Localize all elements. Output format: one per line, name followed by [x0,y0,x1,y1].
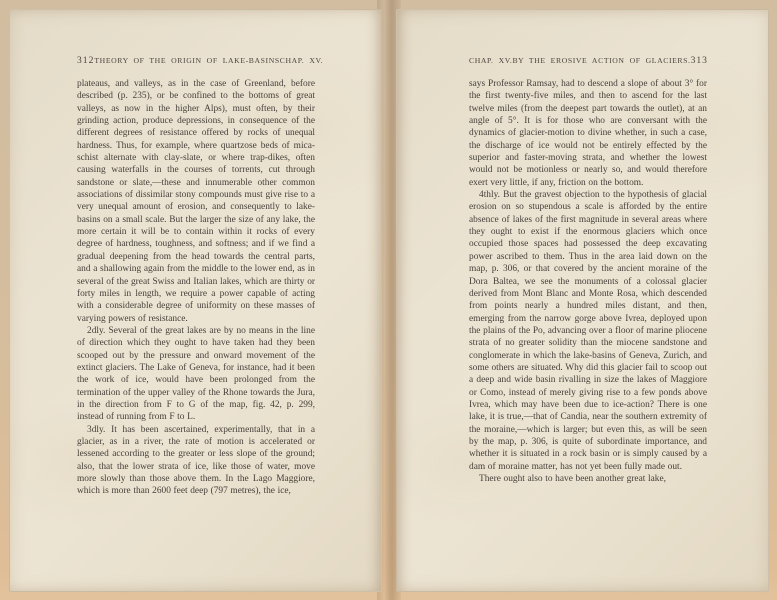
running-head-left: 312 THEORY OF THE ORIGIN OF LAKE-BASINS … [77,55,315,66]
page-number-right: 313 [691,55,708,66]
paragraph: 4thly. But the gravest objection to the … [469,189,707,473]
running-title-left: THEORY OF THE ORIGIN OF LAKE-BASINS [94,56,279,65]
page-left-content: 312 THEORY OF THE ORIGIN OF LAKE-BASINS … [77,55,315,498]
paragraph: 3dly. It has been ascertained, experimen… [77,424,315,498]
page-number-left: 312 [77,55,94,66]
chapter-label-right: CHAP. XV. [469,56,512,65]
paragraph: plateaus, and valleys, as in the case of… [77,78,315,325]
body-text-left: plateaus, and valleys, as in the case of… [77,78,315,498]
page-right-content: CHAP. XV. BY THE EROSIVE ACTION OF GLACI… [469,55,707,485]
running-title-right: BY THE EROSIVE ACTION OF GLACIERS. [512,56,690,65]
page-left: 312 THEORY OF THE ORIGIN OF LAKE-BASINS … [9,9,382,592]
paragraph: There ought also to have been another gr… [469,473,707,485]
paragraph: 2dly. Several of the great lakes are by … [77,325,315,424]
running-head-right: CHAP. XV. BY THE EROSIVE ACTION OF GLACI… [469,55,707,66]
page-right: CHAP. XV. BY THE EROSIVE ACTION OF GLACI… [396,9,769,592]
book-scan: 312 THEORY OF THE ORIGIN OF LAKE-BASINS … [0,0,777,600]
paragraph: says Professor Ramsay, had to descend a … [469,78,707,189]
body-text-right: says Professor Ramsay, had to descend a … [469,78,707,485]
chapter-label-left: CHAP. XV. [280,56,323,65]
